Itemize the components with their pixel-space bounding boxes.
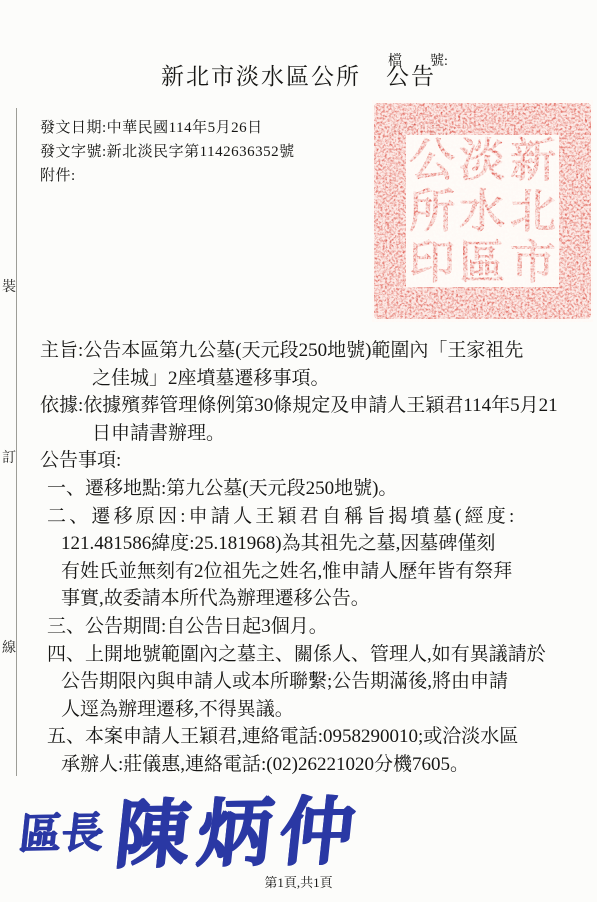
announcement-body: 主旨:公告本區第九公墓(天元段250地號)範圍內「王家祖先 之佳城」2座墳墓遷移… (0, 337, 597, 779)
body-line: 人逕為辦理遷移,不得異議。 (0, 696, 597, 724)
issue-date-line: 發文日期:中華民國114年5月26日 (40, 116, 295, 140)
district-chief-signature: 區長 陳炳仲 (14, 772, 368, 884)
body-line: 121.481586緯度:25.181968)為其祖先之墓,因墓碑僅刻 (0, 530, 597, 558)
page-number: 第1頁,共1頁 (0, 872, 597, 891)
issuing-meta-block: 發文日期:中華民國114年5月26日 發文字號:新北淡民字第1142636352… (40, 116, 295, 188)
body-line: 事實,故委請本所代為辦理遷移公告。 (0, 585, 597, 613)
body-line: 日申請書辦理。 (0, 420, 597, 448)
notice-page: 檔 號: 保存年限: 新北市淡水區公所 公告 發文日期:中華民國114年5月26… (0, 0, 597, 902)
body-line: 公告事項: (0, 447, 597, 475)
body-line: 主旨:公告本區第九公墓(天元段250地號)範圍內「王家祖先 (0, 337, 597, 365)
body-line: 四、上開地號範圍內之墓主、關係人、管理人,如有異議請於 (0, 641, 597, 669)
body-line: 依據:依據殯葬管理條例第30條規定及申請人王穎君114年5月21 (0, 392, 597, 420)
official-seal-graphic: 新 北 市 淡 水 區 公 所 印 (372, 100, 593, 322)
signature-title: 區長 (16, 800, 107, 861)
official-seal-stamp: 新 北 市 淡 水 區 公 所 印 (372, 100, 593, 322)
body-line: 三、公告期間:自公告日起3個月。 (0, 613, 597, 641)
body-line: 一、遷移地點:第九公墓(天元段250地號)。 (0, 475, 597, 503)
body-line: 有姓氏並無刻有2位祖先之姓名,惟申請人歷年皆有祭拜 (0, 558, 597, 586)
doc-number-line: 發文字號:新北淡民字第1142636352號 (40, 140, 295, 164)
body-line: 五、本案申請人王穎君,連絡電話:0958290010;或洽淡水區 (0, 723, 597, 751)
attachment-line: 附件: (40, 164, 295, 188)
body-line: 二、遷移原因:申請人王穎君自稱旨揭墳墓(經度: (0, 503, 597, 531)
body-line: 公告期限內與申請人或本所聯繫;公告期滿後,將由申請 (0, 668, 597, 696)
body-line: 之佳城」2座墳墓遷移事項。 (0, 365, 597, 393)
page-title: 新北市淡水區公所 公告 (0, 58, 597, 91)
binding-mark-zhuang: 裝 (0, 276, 18, 296)
signature-name: 陳炳仲 (110, 772, 368, 882)
